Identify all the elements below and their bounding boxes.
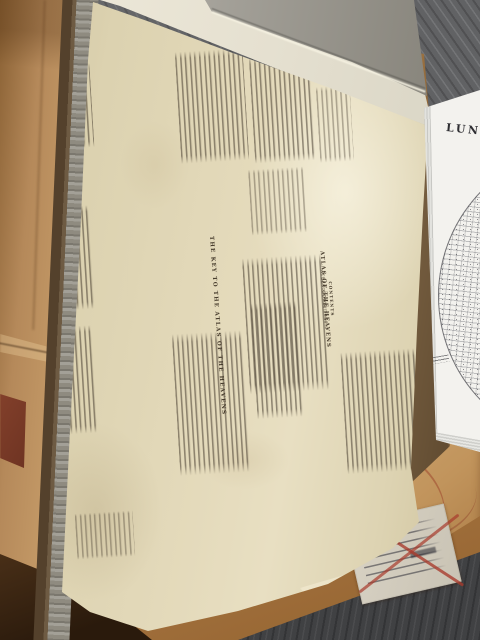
page-text-column bbox=[316, 85, 355, 163]
moon-chart-labels-texture bbox=[439, 147, 480, 445]
page-text-column bbox=[75, 510, 136, 559]
photo-of-atlas-on-box: THE KEY TO THE ATLAS OF THE HEAVENS SECO… bbox=[0, 0, 480, 640]
page-text-column bbox=[172, 330, 253, 476]
moon-chart-circle bbox=[438, 146, 480, 446]
lunar-sheet-title: LUNAR bbox=[445, 121, 480, 140]
page-text-column bbox=[248, 166, 308, 235]
page-text-column bbox=[175, 48, 250, 164]
contents-list-lines bbox=[242, 254, 330, 395]
box-maroon-patch bbox=[0, 390, 28, 470]
